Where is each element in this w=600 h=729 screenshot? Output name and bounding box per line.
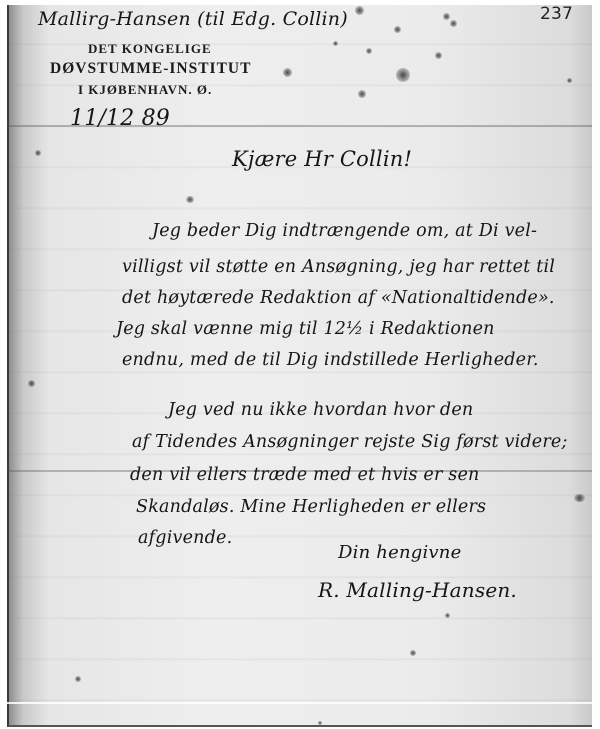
page-number: 237 bbox=[540, 4, 573, 24]
ink-spot bbox=[186, 196, 194, 203]
ink-spot bbox=[333, 41, 338, 46]
salutation: Kjære Hr Collin! bbox=[232, 147, 412, 171]
body-line: villigst vil støtte en Ansøgning, jeg ha… bbox=[122, 257, 555, 277]
body-line: det høytærede Redaktion af «Nationaltide… bbox=[122, 288, 555, 308]
fold-line bbox=[7, 702, 592, 704]
ink-spot bbox=[283, 68, 292, 77]
letterhead-line-1: DET KONGELIGE bbox=[88, 41, 212, 57]
ink-spot bbox=[574, 494, 585, 502]
ink-spot bbox=[366, 48, 372, 54]
body-line: af Tidendes Ansøgninger rejste Sig først… bbox=[132, 432, 568, 452]
ink-spot bbox=[318, 721, 322, 725]
ink-spot bbox=[410, 650, 416, 656]
ink-spot bbox=[450, 20, 457, 27]
ink-spot bbox=[567, 78, 572, 83]
ink-spot bbox=[445, 613, 450, 618]
ink-spot bbox=[435, 52, 442, 59]
body-line: Jeg beder Dig indtrængende om, at Di vel… bbox=[152, 221, 537, 241]
signature: R. Malling-Hansen. bbox=[318, 578, 517, 602]
letter-date: 11/12 89 bbox=[70, 106, 170, 131]
letterhead-line-2: DØVSTUMME-INSTITUT bbox=[50, 60, 251, 78]
archive-annotation: Mallirg-Hansen (til Edg. Collin) bbox=[38, 8, 348, 30]
ink-spot bbox=[358, 90, 366, 98]
closing: Din hengivne bbox=[338, 542, 461, 563]
ink-spot bbox=[355, 6, 364, 15]
body-line: den vil ellers træde med et hvis er sen bbox=[130, 465, 479, 485]
ink-spot bbox=[443, 13, 450, 20]
ink-spot bbox=[28, 380, 35, 387]
body-line: Skandaløs. Mine Herligheden er ellers bbox=[136, 497, 486, 517]
ink-spot bbox=[35, 150, 41, 156]
letterhead-line-3: I KJØBENHAVN. Ø. bbox=[78, 82, 212, 98]
ink-spot bbox=[396, 68, 410, 82]
body-line: afgivende. bbox=[138, 528, 232, 548]
body-line: Jeg ved nu ikke hvordan hvor den bbox=[168, 400, 473, 420]
body-line: endnu, med de til Dig indstillede Herlig… bbox=[122, 350, 539, 370]
ink-spot bbox=[75, 676, 81, 682]
body-line: Jeg skal vænne mig til 12½ i Redaktionen bbox=[116, 319, 495, 339]
ink-spot bbox=[394, 26, 401, 33]
